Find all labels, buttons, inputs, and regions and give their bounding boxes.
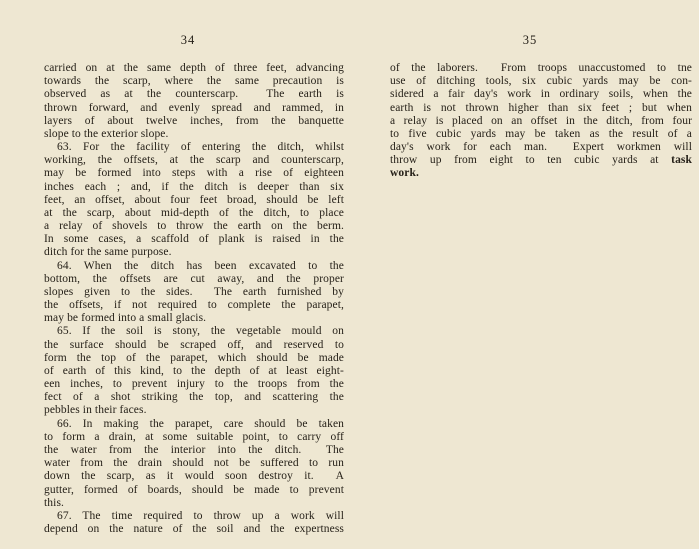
text-segment: throw up from eight to ten cubic yards a… xyxy=(390,154,671,166)
text-line: 64. When the ditch has been excavated to… xyxy=(44,260,344,273)
text-line: down the scarp, as it would soon destroy… xyxy=(44,470,344,483)
page-number-right: 35 xyxy=(379,33,681,48)
text-line: of earth of this kind, to the depth of a… xyxy=(44,365,344,378)
text-line: earth is not thrown higher than six feet… xyxy=(390,102,692,115)
text-line: observed as at the counterscarp. The ear… xyxy=(44,88,344,101)
text-line: gutter, formed of boards, should be made… xyxy=(44,484,344,497)
text-line: In some cases, a scaffold of plank is ra… xyxy=(44,233,344,246)
text-line: 66. In making the parapet, care should b… xyxy=(44,418,344,431)
text-line: inches each ; and, if the ditch is deepe… xyxy=(44,181,344,194)
text-line: pebbles in their faces. xyxy=(44,404,344,417)
text-line: to form a drain, at some suitable point,… xyxy=(44,431,344,444)
page-34: 34 carried on at the same depth of three… xyxy=(44,0,344,549)
text-line: the surface should be scraped off, and r… xyxy=(44,339,344,352)
book-spread: 34 carried on at the same depth of three… xyxy=(0,0,699,549)
bold-text-segment: task xyxy=(671,154,692,166)
page-text-left: carried on at the same depth of three fe… xyxy=(44,62,344,536)
text-line: may be formed into steps with a rise of … xyxy=(44,167,344,180)
text-line: bottom, the offsets are cut away, and th… xyxy=(44,273,344,286)
text-line: this. xyxy=(44,497,344,510)
text-line: een inches, to prevent injury to the tro… xyxy=(44,378,344,391)
text-line: slope to the exterior slope. xyxy=(44,128,344,141)
text-line: a relay of shovels to throw the earth on… xyxy=(44,220,344,233)
text-line: slopes given to the sides. The earth fur… xyxy=(44,286,344,299)
text-line: towards the scarp, where the same precau… xyxy=(44,75,344,88)
text-line: form the top of the parapet, which shoul… xyxy=(44,352,344,365)
text-line: fect of a shot striking the top, and sca… xyxy=(44,391,344,404)
text-line: feet, an offset, about four feet broad, … xyxy=(44,194,344,207)
page-number-left: 34 xyxy=(38,33,338,48)
page-35: 35 of the laborers. From troops unaccust… xyxy=(390,0,692,549)
text-line: a relay is placed on an offset in the di… xyxy=(390,115,692,128)
text-line: the offsets, if not required to complete… xyxy=(44,299,344,312)
text-line: at the scarp, about mid-depth of the dit… xyxy=(44,207,344,220)
bold-text-segment: work. xyxy=(390,167,419,179)
text-line: to five cubic yards may be taken as the … xyxy=(390,128,692,141)
text-line: 67. The time required to throw up a work… xyxy=(44,510,344,523)
page-text-right: of the laborers. From troops unaccustome… xyxy=(390,62,692,181)
text-line: may be formed into a small glacis. xyxy=(44,312,344,325)
text-line: depend on the nature of the soil and the… xyxy=(44,523,344,536)
text-line: work. xyxy=(390,167,692,180)
text-line: day's work for each man. Expert workmen … xyxy=(390,141,692,154)
text-line: carried on at the same depth of three fe… xyxy=(44,62,344,75)
text-line: use of ditching tools, six cubic yards m… xyxy=(390,75,692,88)
text-line: working, the offsets, at the scarp and c… xyxy=(44,154,344,167)
text-line: throw up from eight to ten cubic yards a… xyxy=(390,154,692,167)
text-line: the water from the interior into the dit… xyxy=(44,444,344,457)
text-line: water from the drain should not be suffe… xyxy=(44,457,344,470)
text-line: of the laborers. From troops unaccustome… xyxy=(390,62,692,75)
text-line: layers of about twelve inches, from the … xyxy=(44,115,344,128)
text-line: 63. For the facility of entering the dit… xyxy=(44,141,344,154)
text-line: 65. If the soil is stony, the vegetable … xyxy=(44,325,344,338)
text-line: sidered a fair day's work in ordinary so… xyxy=(390,88,692,101)
text-line: ditch for the same purpose. xyxy=(44,246,344,259)
text-line: thrown forward, and evenly spread and ra… xyxy=(44,102,344,115)
